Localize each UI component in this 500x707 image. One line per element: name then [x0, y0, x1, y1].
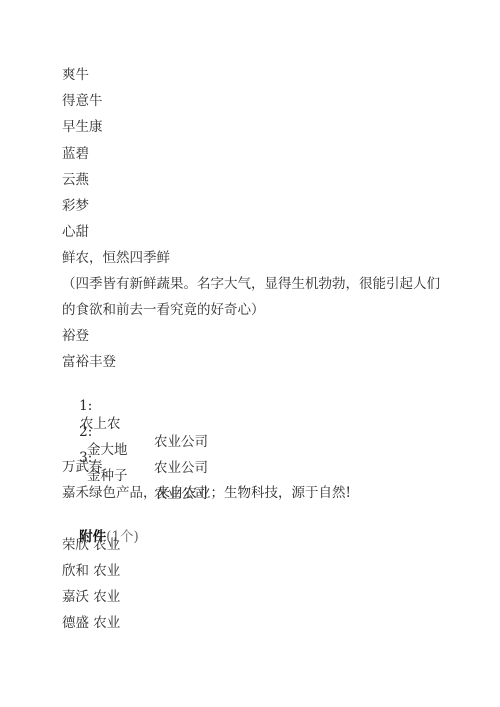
text-line: 鲜农，恒然四季鲜 [62, 249, 170, 267]
text-line: 云燕 [62, 171, 89, 189]
text-line: 爽牛 [62, 66, 89, 84]
company-line: 嘉沃 农业 [62, 588, 120, 606]
company-line: 欣和 农业 [62, 562, 120, 580]
text-line: 心甜 [62, 223, 89, 241]
text-line: 嘉禾绿色产品，来自农业；生物科技，源于自然! [62, 484, 351, 502]
text-line: 万武春 [62, 458, 103, 476]
text-line: 裕登 [62, 327, 89, 345]
text-line: 的食欲和前去一看究竟的好奇心） [62, 301, 265, 319]
text-line: 蓝碧 [62, 145, 89, 163]
text-line: 得意牛 [62, 92, 103, 110]
text-line: 早生康 [62, 118, 103, 136]
company-line: 德盛 农业 [62, 614, 120, 632]
company-line: 荣欣 农业 [62, 536, 120, 554]
numbered-item: 3: 金种子 农业公司 [62, 431, 362, 521]
text-line: （四季皆有新鲜蔬果。名字大气，显得生机勃勃，很能引起人们 [62, 275, 440, 293]
text-line: 富裕丰登 [62, 353, 116, 371]
text-line: 彩梦 [62, 197, 89, 215]
